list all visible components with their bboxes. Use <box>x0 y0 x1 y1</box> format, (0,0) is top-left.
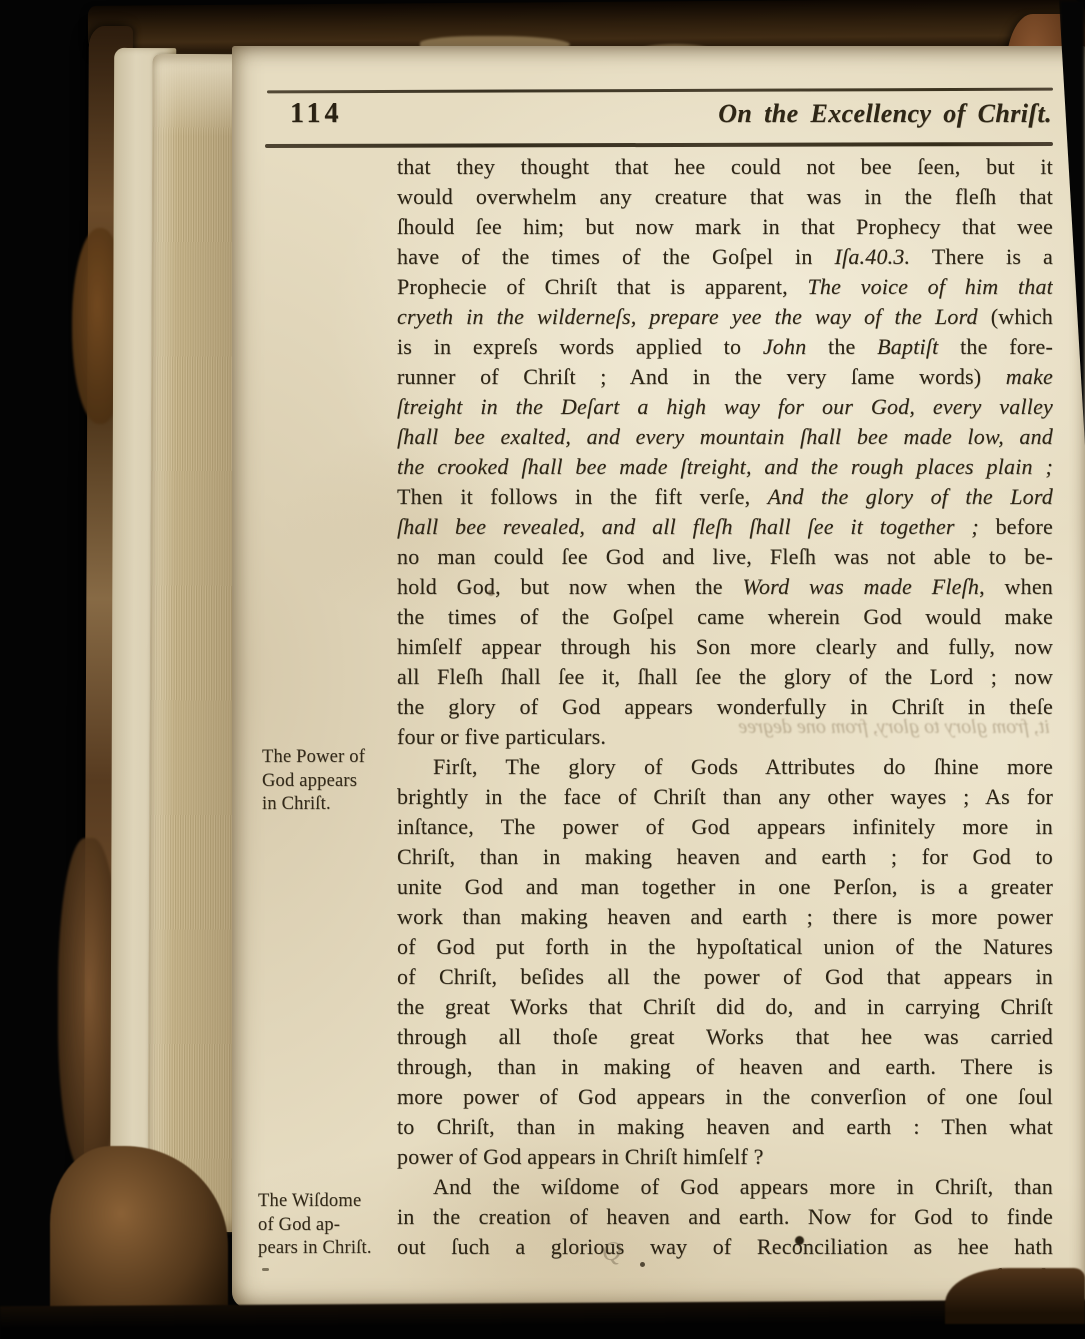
margin-note-line: pears in Chriſt. <box>258 1237 406 1261</box>
text-line: have of the times of the Goſpel in Iſa.4… <box>397 242 1053 272</box>
text-line: no man could ſee God and live, Fleſh was… <box>397 542 1053 572</box>
signature-mark: Q <box>602 1236 622 1267</box>
text-line: Chriſt, than in making heaven and earth … <box>397 842 1053 872</box>
margin-note: The Power ofGod appearsin Chriſt. <box>262 746 410 817</box>
text-line: to Chriſt, than in making heaven and ear… <box>397 1112 1053 1142</box>
text-line: power of God appears in Chriſt himſelf ? <box>397 1142 1053 1172</box>
text-line: that they thought that hee could not bee… <box>397 152 1053 182</box>
text-line: all Fleſh ſhall ſee it, ſhall ſee the gl… <box>397 662 1053 692</box>
page-number: 114 <box>290 98 342 130</box>
margin-note-line: in Chriſt. <box>262 793 410 817</box>
text-line: more power of God appears in the converſ… <box>397 1082 1053 1112</box>
text-line: ſhall bee exalted, and every mountain ſh… <box>397 422 1053 452</box>
text-line: ſtreight in the Deſart a high way for ou… <box>397 392 1053 422</box>
text-line: through, than in making of heaven and ea… <box>397 1052 1053 1082</box>
text-line: runner of Chriſt ; And in the very ſame … <box>397 362 1053 392</box>
running-title: On the Excellency of Chriſt. <box>718 99 1052 129</box>
text-line: ſhould ſee him; but now mark in that Pro… <box>397 212 1053 242</box>
text-line: himſelf appear through his Son more clea… <box>397 632 1053 662</box>
text-line: hold God, but now when the Word was made… <box>397 572 1053 602</box>
margin-note: The Wiſdomeof God ap-pears in Chriſt. <box>258 1190 406 1261</box>
text-line: the crooked ſhall bee made ſtreight, and… <box>397 452 1053 482</box>
leather-corner-bottom-right <box>945 1268 1085 1324</box>
ink-speck <box>488 590 494 596</box>
text-line: of Chriſt, beſides all the power of God … <box>397 962 1053 992</box>
ink-speck <box>262 1268 269 1271</box>
text-line: Firſt, The glory of Gods Attributes do ſ… <box>397 752 1053 782</box>
text-line: is in expreſs words applied to John the … <box>397 332 1053 362</box>
ink-speck <box>795 1236 804 1245</box>
margin-note-line: The Power of <box>262 746 410 770</box>
text-line: of God put forth in the hypoſtatical uni… <box>397 932 1053 962</box>
text-line: through all thoſe great Works that hee w… <box>397 1022 1053 1052</box>
text-line: inſtance, The power of God appears infin… <box>397 812 1053 842</box>
text-line: would overwhelm any creature that was in… <box>397 182 1053 212</box>
text-line: ſhall bee revealed, and all fleſh ſhall … <box>397 512 1053 542</box>
text-line: cryeth in the wilderneſs, prepare yee th… <box>397 302 1053 332</box>
ink-speck <box>640 1262 645 1267</box>
text-line: out ſuch a glorious way of Reconciliatio… <box>397 1232 1053 1262</box>
text-line: brightly in the face of Chriſt than any … <box>397 782 1053 812</box>
margin-note-line: of God ap- <box>258 1214 406 1238</box>
book-scan: 114 On the Excellency of Chriſt. it, fro… <box>0 0 1085 1339</box>
text-line: unite God and man together in one Perſon… <box>397 872 1053 902</box>
text-line: the great Works that Chriſt did do, and … <box>397 992 1053 1022</box>
margin-note-line: The Wiſdome <box>258 1190 406 1214</box>
text-line: in the creation of heaven and earth. Now… <box>397 1202 1053 1232</box>
page-header: 114 On the Excellency of Chriſt. <box>290 98 1052 142</box>
text-line: Prophecie of Chriſt that is apparent, Th… <box>397 272 1053 302</box>
text-line: Then it follows in the fift verſe, And t… <box>397 482 1053 512</box>
text-line: work than making heaven and earth ; ther… <box>397 902 1053 932</box>
text-line: And the wiſdome of God appears more in C… <box>397 1172 1053 1202</box>
margin-note-line: God appears <box>262 770 410 794</box>
show-through-text: it, from glory to glory, from one degree <box>604 716 1050 742</box>
scan-shadow-bottom <box>0 1300 1085 1339</box>
text-line: the times of the Goſpel came wherein God… <box>397 602 1053 632</box>
